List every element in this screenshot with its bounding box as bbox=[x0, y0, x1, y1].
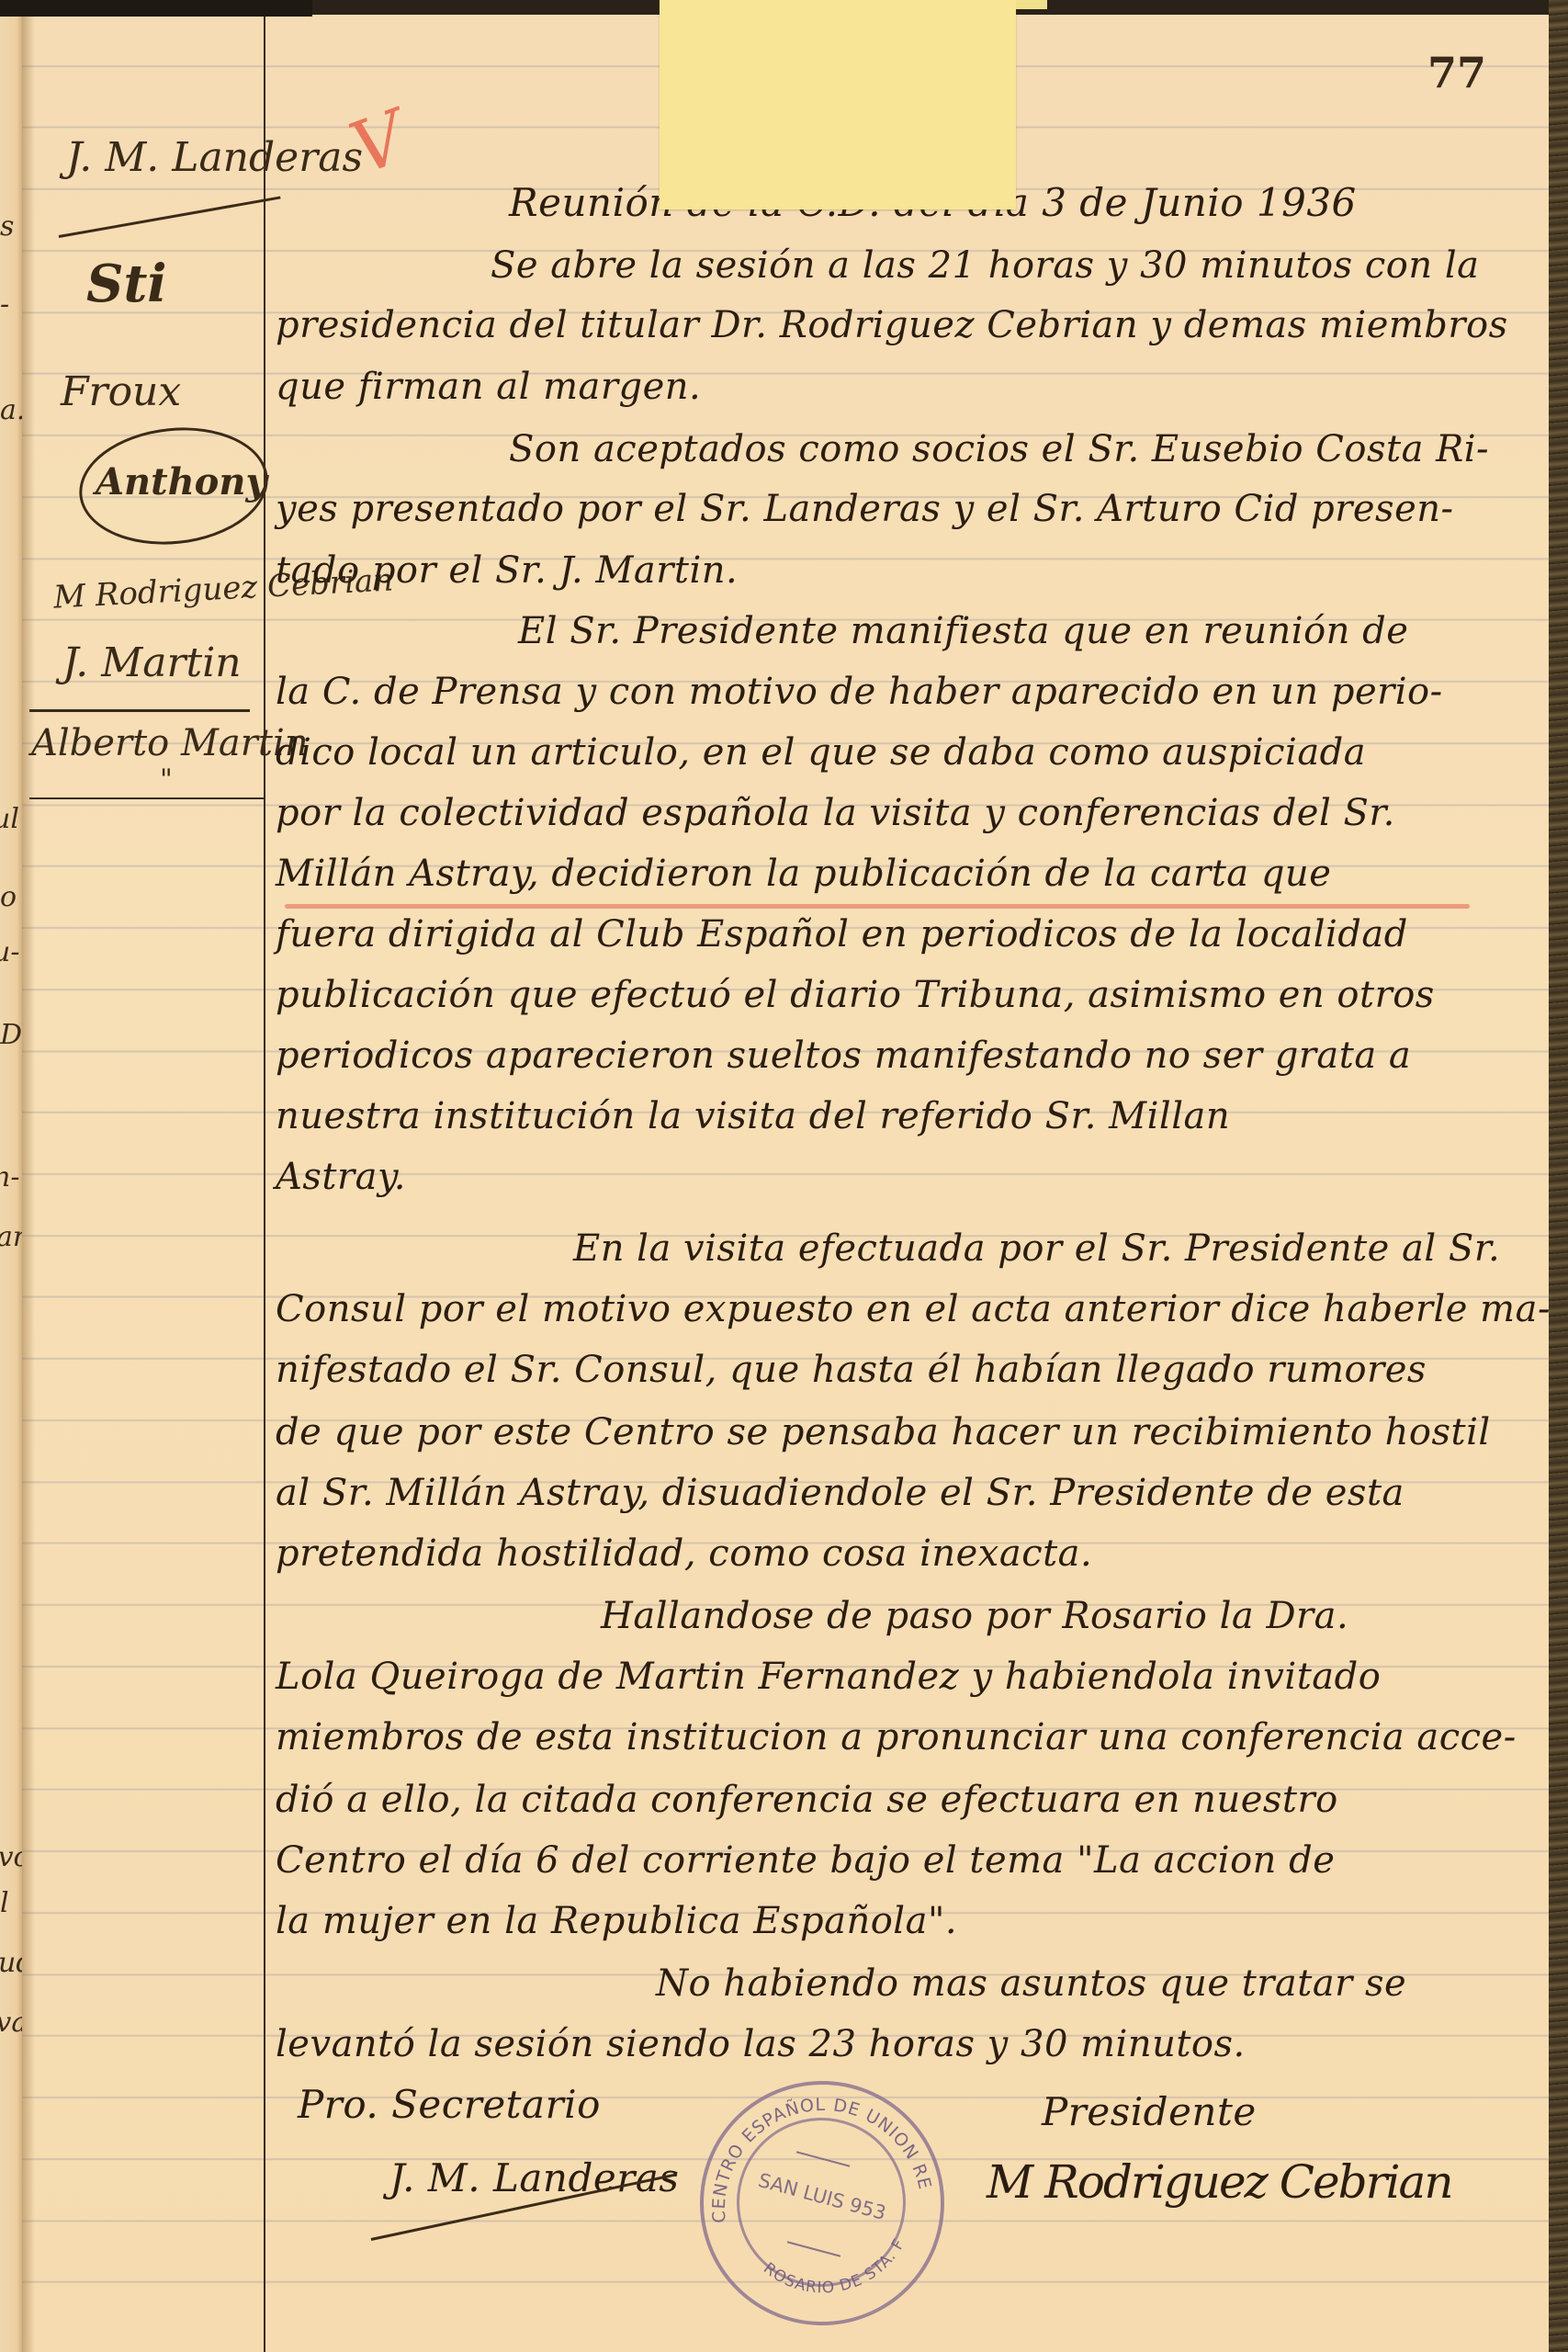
prev-page-fragment: u- bbox=[0, 936, 19, 968]
ledger-page: J. M. Landeras Sti Froux Anthony M Rodri… bbox=[22, 15, 1549, 2352]
minutes-line: publicación que efectuó el diario Tribun… bbox=[276, 974, 1435, 1016]
minutes-line: dió a ello, la citada conferencia se efe… bbox=[276, 1779, 1338, 1821]
minutes-line: Hallandose de paso por Rosario la Dra. bbox=[601, 1595, 1348, 1637]
minutes-line: Lola Queiroga de Martin Fernandez y habi… bbox=[276, 1656, 1381, 1698]
book-cover-top bbox=[0, 0, 312, 17]
sticky-note bbox=[660, 0, 1016, 209]
prev-page-fragment: s bbox=[0, 210, 14, 243]
prev-page-fragment: l bbox=[0, 1887, 9, 1919]
minutes-line: la mujer en la Republica Española". bbox=[276, 1900, 957, 1942]
minutes-line: nifestado el Sr. Consul, que hasta él ha… bbox=[276, 1349, 1427, 1391]
book-cover-edge bbox=[1549, 0, 1568, 2352]
minutes-line: Se abre la sesión a las 21 horas y 30 mi… bbox=[491, 244, 1479, 287]
minutes-line: dico local un articulo, en el que se dab… bbox=[276, 731, 1366, 774]
margin-signature-4: Anthony bbox=[96, 460, 267, 503]
prev-page-fragment: - bbox=[0, 288, 9, 321]
margin-rule bbox=[264, 15, 265, 2352]
minutes-line: que firman al margen. bbox=[276, 366, 701, 408]
gutter-shadow bbox=[22, 15, 35, 2352]
minutes-line: El Sr. Presidente manifiesta que en reun… bbox=[518, 610, 1408, 652]
minutes-line: Consul por el motivo expuesto en el acta… bbox=[276, 1288, 1549, 1330]
previous-page-edge: s - a. ul o u- D. n- ar ivo l ouda svan bbox=[0, 13, 24, 2352]
margin-signature-2: Sti bbox=[86, 254, 167, 314]
minutes-line: de que por este Centro se pensaba hacer … bbox=[276, 1411, 1491, 1453]
minutes-line: la C. de Prensa y con motivo de haber ap… bbox=[276, 671, 1443, 713]
minutes-line: nuestra institución la visita del referi… bbox=[276, 1095, 1230, 1137]
sticky-note-strip bbox=[1016, 0, 1047, 9]
prev-page-fragment: a. bbox=[0, 394, 24, 426]
minutes-line: Centro el día 6 del corriente bajo el te… bbox=[276, 1839, 1335, 1882]
minutes-line: Son aceptados como socios el Sr. Eusebio… bbox=[509, 428, 1489, 470]
minutes-line: tado por el Sr. J. Martin. bbox=[276, 549, 738, 592]
prev-page-fragment: svan bbox=[0, 2007, 24, 2039]
minutes-line: pretendida hostilidad, como cosa inexact… bbox=[276, 1532, 1092, 1575]
prev-page-fragment: D. bbox=[0, 1019, 24, 1051]
signature-underline bbox=[29, 797, 264, 799]
prev-page-fragment: ul bbox=[0, 803, 19, 835]
minutes-line: presidencia del titular Dr. Rodriguez Ce… bbox=[276, 304, 1508, 346]
minutes-line: No habiendo mas asuntos que tratar se bbox=[656, 1962, 1406, 2005]
margin-signature-martin: J. Martin bbox=[62, 639, 242, 686]
prev-page-fragment: ar bbox=[0, 1221, 24, 1253]
prev-page-fragment: n- bbox=[0, 1161, 19, 1193]
ditto-mark: " bbox=[160, 763, 173, 796]
institution-stamp: CENTRO ESPAÑOL DE UNION REPUBLICANA ROSA… bbox=[700, 2081, 944, 2325]
minutes-line: fuera dirigida al Club Español en period… bbox=[276, 913, 1408, 955]
prev-page-fragment: ivo bbox=[0, 1841, 24, 1873]
prev-page-fragment: o bbox=[0, 881, 17, 913]
minutes-line: yes presentado por el Sr. Landeras y el … bbox=[276, 488, 1454, 530]
prev-page-fragment: ouda bbox=[0, 1947, 24, 1979]
president-label: Presidente bbox=[1042, 2089, 1257, 2134]
minutes-line: miembros de esta institucion a pronuncia… bbox=[276, 1716, 1517, 1758]
minutes-line: al Sr. Millán Astray, disuadiendole el S… bbox=[276, 1472, 1404, 1514]
president-signature: M Rodriguez Cebrian bbox=[987, 2155, 1452, 2209]
red-pencil-underline bbox=[285, 904, 1470, 909]
minutes-line: por la colectividad española la visita y… bbox=[276, 792, 1395, 834]
secretary-signature: J. M. Landeras bbox=[389, 2155, 679, 2200]
signature-underline bbox=[29, 709, 250, 712]
margin-signature-landeras: J. M. Landeras bbox=[66, 134, 363, 181]
minutes-line: En la visita efectuada por el Sr. Presid… bbox=[573, 1227, 1500, 1270]
minutes-line: levantó la sesión siendo las 23 horas y … bbox=[276, 2023, 1246, 2065]
secretary-label: Pro. Secretario bbox=[298, 2082, 601, 2127]
minutes-line: Astray. bbox=[276, 1156, 406, 1198]
margin-signature-3: Froux bbox=[61, 368, 181, 415]
margin-signature-alberto-martin: Alberto Martin bbox=[31, 722, 309, 764]
minutes-line: Millán Astray, decidieron la publicación… bbox=[276, 853, 1331, 895]
minutes-line: periodicos aparecieron sueltos manifesta… bbox=[276, 1035, 1411, 1077]
page-number: 77 bbox=[1427, 48, 1486, 97]
